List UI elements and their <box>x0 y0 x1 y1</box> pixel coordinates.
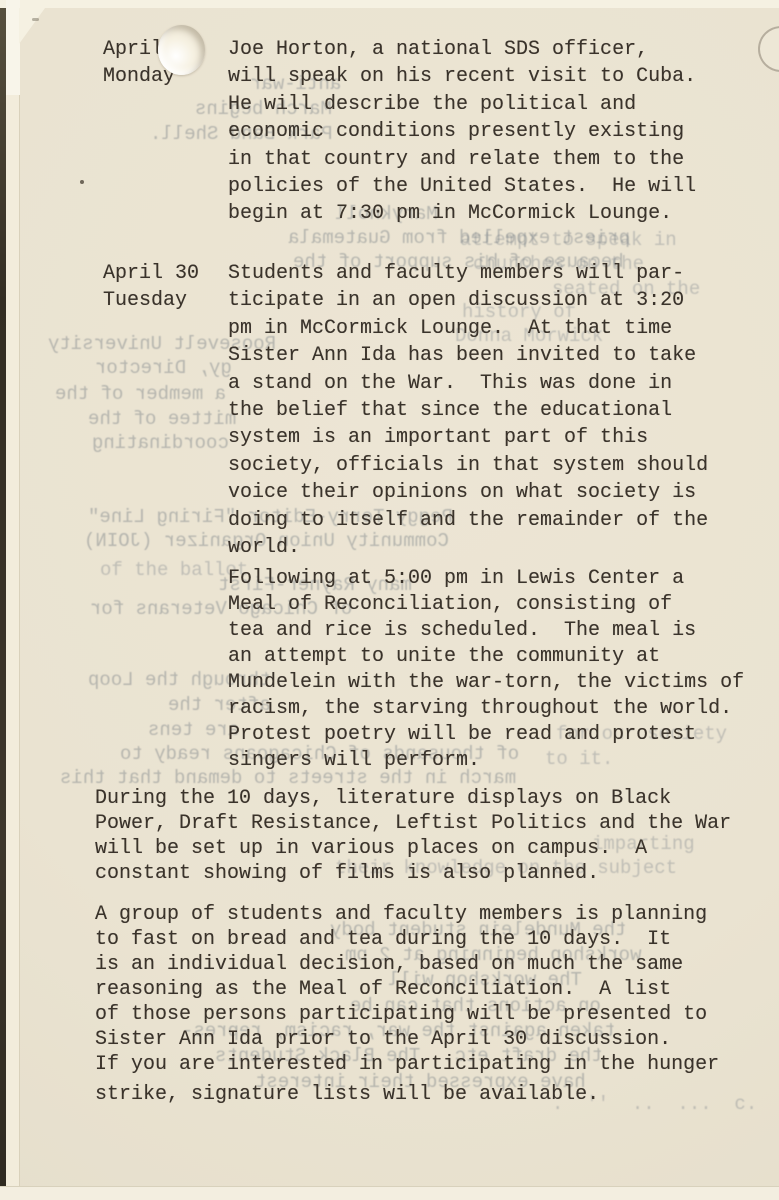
text-line: world. <box>228 534 708 561</box>
bleedthrough-text: of the ballot <box>100 558 248 582</box>
bleedthrough-text: are tens <box>148 718 239 742</box>
text-line: pm in McCormick Lounge. At that time <box>228 315 708 342</box>
text-line: Sister Ann Ida has been invited to take <box>228 342 708 369</box>
text-line: constant showing of films is also planne… <box>95 861 731 886</box>
text-line: voice their opinions on what society is <box>228 479 708 506</box>
entry-body: Following at 5:00 pm in Lewis Center aMe… <box>228 566 744 774</box>
text-line: society, officials in that system should <box>228 452 708 479</box>
bleedthrough-text: gy, Director <box>95 356 232 380</box>
text-line: He will describe the political and <box>228 91 696 118</box>
text-line: begin at 7:30 pm in McCormick Lounge. <box>228 200 696 227</box>
entry-date-column: April 30 Tuesday <box>103 260 199 315</box>
bleedthrough-text: mittee of the <box>88 407 236 431</box>
text-line: Following at 5:00 pm in Lewis Center a <box>228 566 744 592</box>
text-line: system is an important part of this <box>228 424 708 451</box>
underlying-page-edge <box>6 0 20 1200</box>
text-line: an attempt to unite the community at <box>228 644 744 670</box>
bleedthrough-text: attempt to speak in <box>460 228 677 252</box>
text-line: in that country and relate them to the <box>228 146 696 173</box>
text-line: A group of students and faculty members … <box>95 902 719 927</box>
paragraph-hunger-strike: A group of students and faculty members … <box>95 902 719 1107</box>
text-line: Protest poetry will be read and protest <box>228 722 744 748</box>
page-bottom-edge <box>0 1186 779 1200</box>
page-top-edge <box>0 0 779 8</box>
text-line: If you are interested in participating i… <box>95 1052 719 1077</box>
text-line: Mundelein with the war-torn, the victims… <box>228 670 744 696</box>
text-line: During the 10 days, literature displays … <box>95 786 731 811</box>
text-line: Sister Ann Ida prior to the April 30 dis… <box>95 1027 719 1052</box>
text-line: Joe Horton, a national SDS officer, <box>228 36 696 63</box>
text-line: economic conditions presently existing <box>228 118 696 145</box>
text-line: Meal of Reconciliation, consisting of <box>228 592 744 618</box>
text-line: policies of the United States. He will <box>228 173 696 200</box>
text-line: tea and rice is scheduled. The meal is <box>228 618 744 644</box>
entry-day: Tuesday <box>103 287 199 314</box>
text-line: of those persons participating will be p… <box>95 1002 719 1027</box>
text-line: a stand on the War. This was done in <box>228 370 708 397</box>
text-line: strike, signature lists will be availabl… <box>95 1082 719 1107</box>
entry-body: Joe Horton, a national SDS officer,will … <box>228 36 696 228</box>
torn-corner-sliver <box>6 0 20 95</box>
hole-punch <box>158 25 205 75</box>
scanned-document-page: anti-warMarch beginsPark Band Shell.Mary… <box>0 0 779 1200</box>
text-line: reasoning as the Meal of Reconciliation.… <box>95 977 719 1002</box>
entry-date: April 30 <box>103 260 199 287</box>
bleedthrough-text: coordinating <box>92 431 229 455</box>
text-line: to fast on bread and tea during the 10 d… <box>95 927 719 952</box>
paragraph-literature-displays: During the 10 days, literature displays … <box>95 786 731 886</box>
text-line: is an individual decision, based on much… <box>95 952 719 977</box>
text-line: singers will perform. <box>228 748 744 774</box>
text-line: will speak on his recent visit to Cuba. <box>228 63 696 90</box>
text-line: Students and faculty members will par- <box>228 260 708 287</box>
text-line: the belief that since the educational <box>228 397 708 424</box>
bleedthrough-text: priest expelled from Guatemala <box>288 226 630 250</box>
text-line: will be set up in various places on camp… <box>95 836 731 861</box>
paper-speck <box>32 18 39 21</box>
entry-body: Students and faculty members will par-ti… <box>228 260 708 561</box>
text-line: ticipate in an open discussion at 3:20 <box>228 287 708 314</box>
torn-corner <box>19 8 45 44</box>
text-line: doing to itself and the remainder of the <box>228 507 708 534</box>
text-line: Power, Draft Resistance, Leftist Politic… <box>95 811 731 836</box>
hole-punch-right-partial <box>758 26 779 72</box>
text-line: racism, the starving throughout the worl… <box>228 696 744 722</box>
ink-speck <box>80 180 84 184</box>
bleedthrough-text: a member of the <box>55 382 226 406</box>
